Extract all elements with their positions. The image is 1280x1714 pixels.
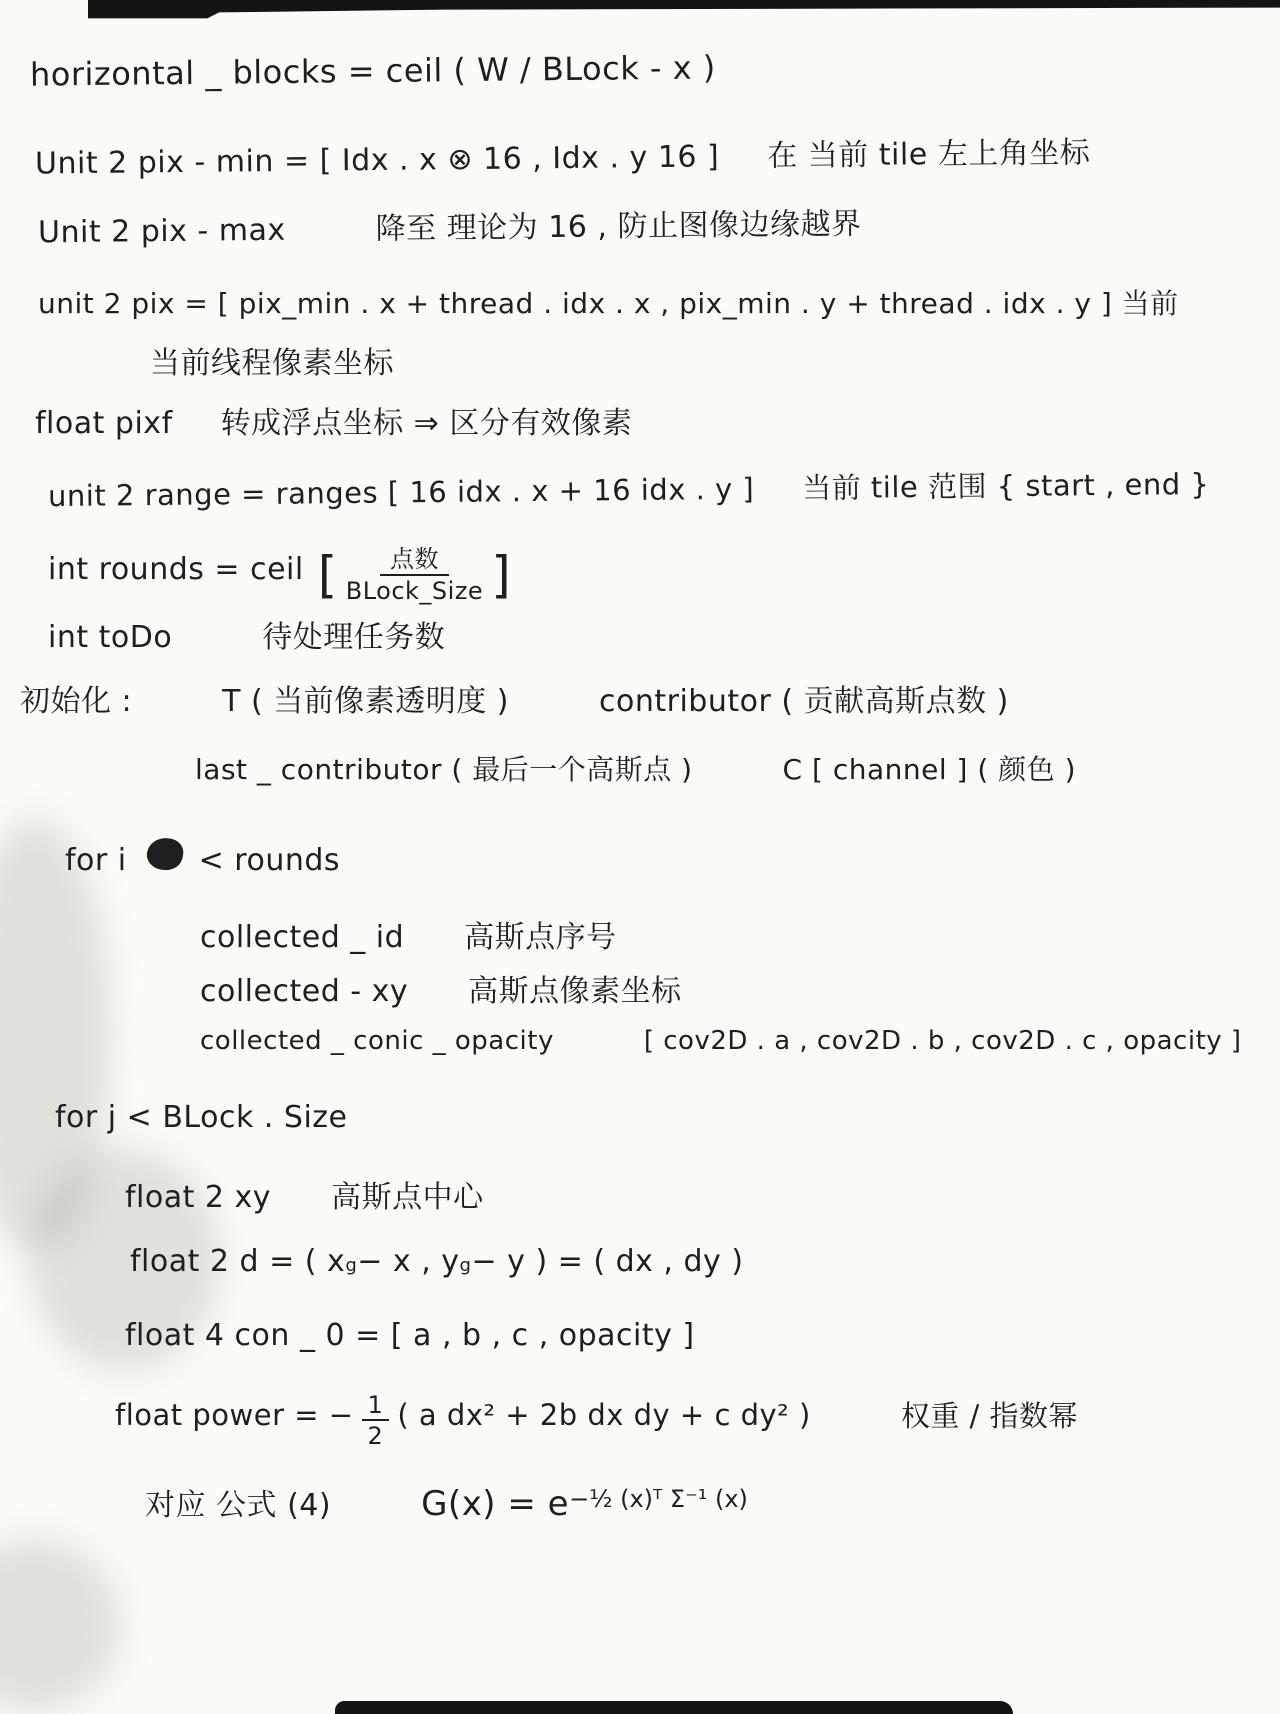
formula-text: Unit 2 pix - min = [ Idx . x ⊗ 16 , Idx …	[35, 139, 720, 181]
fraction-numerator: 1	[362, 1392, 390, 1421]
subscript-g: g	[345, 1255, 357, 1276]
annotation-cn: 权重 / 指数幂	[901, 1394, 1078, 1435]
line-power: float power = − 1 2 ( a dx² + 2b dx dy +…	[115, 1386, 1078, 1444]
annotation-cn: 对应 公式 (4)	[145, 1480, 331, 1524]
formula-text: horizontal _ blocks = ceil ( W / BLock -…	[30, 48, 716, 93]
formula-text: int rounds = ceil	[48, 552, 304, 587]
subscript-g: g	[460, 1255, 472, 1276]
formula-text: unit 2 range = ranges [ 16 idx . x + 16 …	[48, 472, 755, 513]
fraction-denominator: BLock_Size	[346, 576, 483, 604]
line-rounds: int rounds = ceil [ 点数 BLock_Size ]	[48, 540, 511, 599]
formula-text: collected _ id	[200, 920, 404, 955]
line-range: unit 2 range = ranges [ 16 idx . x + 16 …	[48, 462, 1210, 515]
annotation-cn: 当前 tile 范围 { start , end }	[802, 462, 1210, 507]
fraction: 1 2	[362, 1392, 390, 1450]
formula-text: last _ contributor ( 最后一个高斯点 )	[195, 748, 693, 788]
line-pix: unit 2 pix = [ pix_min . x + thread . id…	[38, 282, 1179, 322]
page-edge-shadow-bottom	[335, 1701, 1013, 1714]
line-collected-conic-opacity: collected _ conic _ opacity [ cov2D . a …	[200, 1026, 1242, 1056]
formula-text: ( a dx² + 2b dx dy + c dy² )	[397, 1398, 811, 1432]
line-float2-xy: float 2 xy 高斯点中心	[125, 1172, 484, 1216]
annotation-cn: 高斯点中心	[331, 1172, 484, 1216]
annotation-cn: 待处理任务数	[262, 612, 445, 656]
formula-text: float 4 con _ 0 = [ a , b , c , opacity …	[125, 1318, 695, 1353]
fraction-numerator: 点数	[380, 546, 449, 576]
formula-text: − x , y	[357, 1244, 459, 1279]
line-pix-max: Unit 2 pix - max 降至 理论为 16 , 防止图像边缘越界	[38, 199, 862, 252]
exponent: −½ (x)ᵀ Σ⁻¹ (x)	[569, 1485, 748, 1513]
formula-text: contributor ( 贡献高斯点数 )	[599, 676, 1009, 720]
line-for-j: for j < BLock . Size	[55, 1100, 348, 1135]
scribbled-out-character	[145, 836, 185, 873]
formula-text: G(x) = e	[421, 1484, 569, 1524]
formula-text: float 2 d = ( x	[130, 1244, 345, 1279]
line-for-i: for i < rounds	[65, 838, 340, 878]
line-collected-xy: collected - xy 高斯点像素坐标	[200, 966, 682, 1010]
notebook-page: horizontal _ blocks = ceil ( W / BLock -…	[0, 0, 1280, 1714]
formula-text: − y ) = ( dx , dy )	[471, 1244, 743, 1279]
formula-text: T ( 当前像素透明度 )	[222, 676, 509, 720]
line-pixf: float pixf 转成浮点坐标 ⇒ 区分有效像素	[35, 398, 632, 442]
line-horizontal-blocks: horizontal _ blocks = ceil ( W / BLock -…	[30, 48, 716, 93]
annotation-cn: 高斯点像素坐标	[468, 966, 682, 1010]
annotation-cn: 转成浮点坐标 ⇒ 区分有效像素	[221, 398, 633, 442]
line-float4-con0: float 4 con _ 0 = [ a , b , c , opacity …	[125, 1318, 695, 1353]
formula-text: collected _ conic _ opacity	[200, 1026, 554, 1056]
line-pix-min: Unit 2 pix - min = [ Idx . x ⊗ 16 , Idx …	[35, 127, 1091, 182]
formula-text: for i	[65, 843, 127, 878]
fraction: 点数 BLock_Size	[346, 546, 483, 605]
formula-text: collected - xy	[200, 974, 408, 1009]
line-float2-d: float 2 d = ( xg − x , yg − y ) = ( dx ,…	[130, 1244, 744, 1279]
line-last-contributor: last _ contributor ( 最后一个高斯点 ) C [ chann…	[195, 748, 1076, 788]
page-edge-shadow-top	[88, 0, 1280, 20]
formula-text: < rounds	[199, 843, 340, 878]
formula-text: for j < BLock . Size	[55, 1100, 348, 1135]
formula-text: float 2 xy	[125, 1180, 271, 1215]
line-init: 初始化 : T ( 当前像素透明度 ) contributor ( 贡献高斯点数…	[20, 676, 1009, 720]
formula-text: unit 2 pix = [ pix_min . x + thread . id…	[38, 282, 1179, 322]
formula-text: float power = −	[115, 1398, 354, 1432]
annotation-cn: 在 当前 tile 左上角坐标	[767, 127, 1090, 174]
line-todo: int toDo 待处理任务数	[48, 612, 445, 656]
formula-text: Unit 2 pix - max	[38, 213, 286, 251]
formula-text: [ cov2D . a , cov2D . b , cov2D . c , op…	[644, 1026, 1242, 1056]
annotation-cn: 初始化 :	[20, 676, 132, 720]
annotation-cn: 高斯点序号	[464, 912, 617, 956]
formula-text: int toDo	[48, 620, 172, 655]
line-collected-id: collected _ id 高斯点序号	[200, 912, 617, 956]
annotation-cn: 降至 理论为 16 , 防止图像边缘越界	[375, 199, 861, 248]
line-pix-note: 当前线程像素坐标	[150, 338, 394, 382]
line-gaussian-formula: 对应 公式 (4) G(x) = e−½ (x)ᵀ Σ⁻¹ (x)	[145, 1480, 748, 1524]
fraction-denominator: 2	[368, 1421, 384, 1449]
formula-text: float pixf	[35, 406, 173, 441]
paper-smudge	[0, 1540, 120, 1710]
formula-text: C [ channel ] ( 颜色 )	[783, 748, 1076, 788]
annotation-cn: 当前线程像素坐标	[150, 338, 394, 382]
